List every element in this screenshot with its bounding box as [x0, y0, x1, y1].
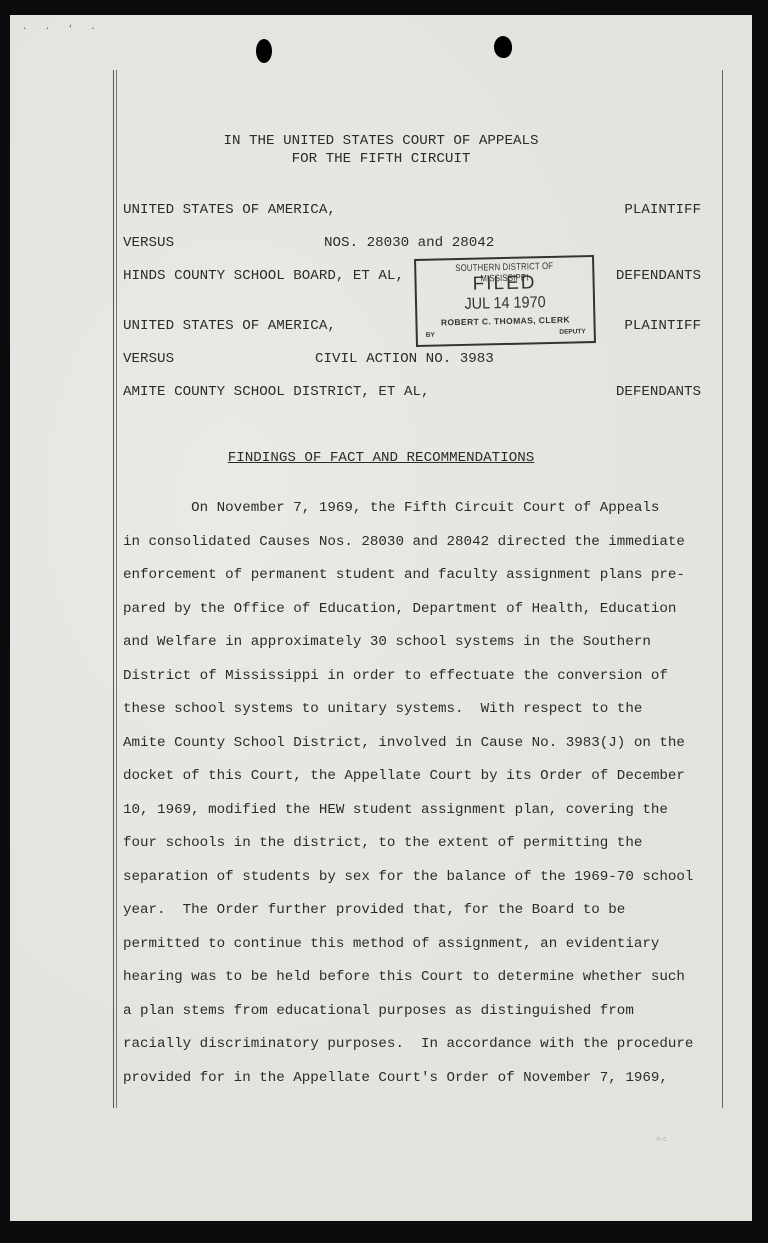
punch-hole-left: [256, 39, 272, 63]
filed-stamp: SOUTHERN DISTRICT OF MISSISSIPPI FILED J…: [414, 255, 596, 347]
caption-versus-2: VERSUS: [123, 351, 174, 367]
body-line: enforcement of permanent student and fac…: [123, 567, 685, 583]
caption-party-1: UNITED STATES OF AMERICA,: [123, 202, 336, 218]
caption-role-4: DEFENDANTS: [616, 384, 701, 400]
body-line: and Welfare in approximately 30 school s…: [123, 634, 651, 650]
caption-civil-action: CIVIL ACTION NO. 3983: [315, 351, 494, 367]
punch-hole-right: [494, 36, 512, 58]
left-margin-rule-inner: [116, 70, 117, 1108]
caption-role-1: PLAINTIFF: [624, 202, 701, 218]
body-line: these school systems to unitary systems.…: [123, 701, 642, 717]
caption-party-3: UNITED STATES OF AMERICA,: [123, 318, 336, 334]
body-line: separation of students by sex for the ba…: [123, 869, 693, 885]
caption-role-3: PLAINTIFF: [624, 318, 701, 334]
body-line: permitted to continue this method of ass…: [123, 936, 659, 952]
body-line: 10, 1969, modified the HEW student assig…: [123, 802, 668, 818]
caption-case-numbers: NOS. 28030 and 28042: [324, 235, 494, 251]
caption-role-2: DEFENDANTS: [616, 268, 701, 284]
document-page: · · ‘ · IN THE UNITED STATES COURT OF AP…: [10, 15, 752, 1221]
left-margin-rule: [113, 70, 114, 1108]
stamp-by: BY: [426, 332, 435, 339]
body-line: pared by the Office of Education, Depart…: [123, 601, 676, 617]
body-line: Amite County School District, involved i…: [123, 735, 685, 751]
paper-smudge: ⁘⁖: [655, 1135, 666, 1145]
body-line: docket of this Court, the Appellate Cour…: [123, 768, 685, 784]
body-line: racially discriminatory purposes. In acc…: [123, 1036, 693, 1052]
right-margin-rule: [722, 70, 723, 1108]
stamp-deputy: DEPUTY: [559, 328, 586, 336]
body-line: District of Mississippi in order to effe…: [123, 668, 668, 684]
stamp-date: JUL 14 1970: [426, 293, 585, 315]
caption-party-2: HINDS COUNTY SCHOOL BOARD, ET AL,: [123, 268, 404, 284]
caption-party-4: AMITE COUNTY SCHOOL DISTRICT, ET AL,: [123, 384, 430, 400]
caption-versus-1: VERSUS: [123, 235, 174, 251]
court-heading-line-1: IN THE UNITED STATES COURT OF APPEALS: [10, 133, 752, 149]
body-line: four schools in the district, to the ext…: [123, 835, 642, 851]
body-line: provided for in the Appellate Court's Or…: [123, 1070, 668, 1086]
body-line: a plan stems from educational purposes a…: [123, 1003, 634, 1019]
body-line: hearing was to be held before this Court…: [123, 969, 685, 985]
body-line: year. The Order further provided that, f…: [123, 902, 625, 918]
body-line: in consolidated Causes Nos. 28030 and 28…: [123, 534, 685, 550]
court-heading-line-2: FOR THE FIFTH CIRCUIT: [10, 151, 752, 167]
body-line: On November 7, 1969, the Fifth Circuit C…: [123, 500, 659, 516]
stamp-clerk: ROBERT C. THOMAS, CLERK: [417, 314, 593, 328]
paper-specks: · · ‘ ·: [22, 24, 102, 34]
section-title: FINDINGS OF FACT AND RECOMMENDATIONS: [10, 450, 752, 466]
